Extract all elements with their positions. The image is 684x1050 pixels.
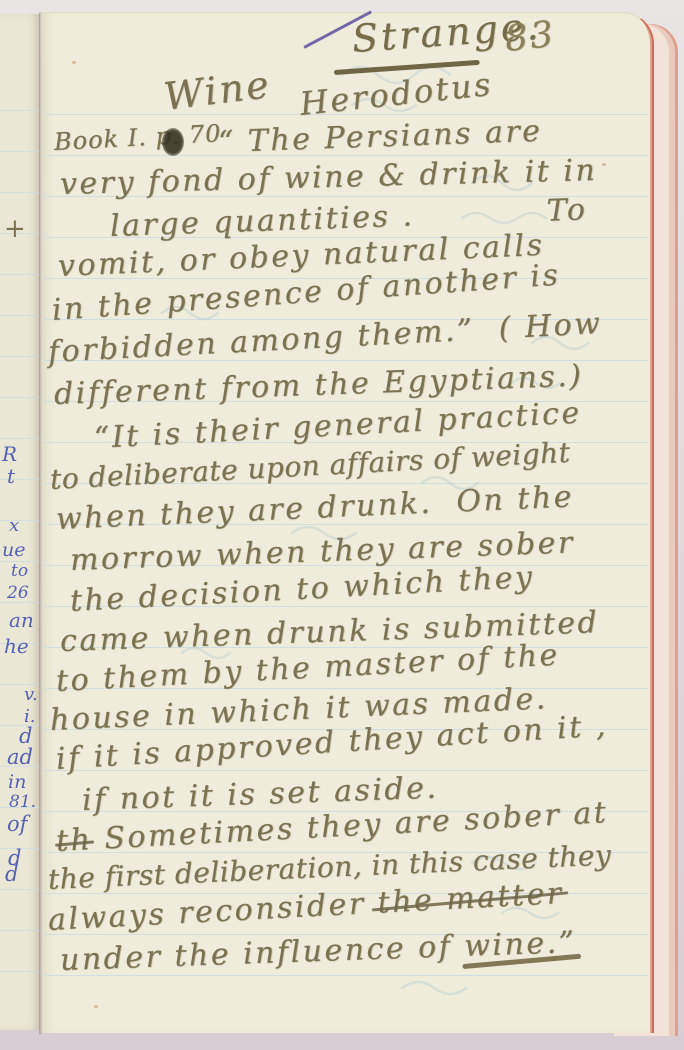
foxing-dot (72, 61, 76, 64)
margin-mark: + (4, 216, 26, 242)
margin-fragment: of (7, 814, 27, 835)
margin-fragment: d (19, 726, 32, 747)
margin-fragment: ad (7, 747, 33, 768)
margin-fragment: t (7, 466, 15, 486)
margin-fragment: v. (24, 686, 38, 704)
margin-fragment: 26 (7, 585, 29, 602)
margin-fragment: to (11, 563, 28, 580)
ink-blob (162, 128, 184, 156)
notebook-photo: + R t x ue to 26 an he v. i. d ad in 81.… (0, 0, 684, 1050)
margin-fragment: an (9, 610, 34, 630)
foxing-dot (94, 1005, 98, 1008)
margin-fragment: x (9, 517, 19, 535)
previous-page-edge: + R t x ue to 26 an he v. i. d ad in 81.… (0, 14, 40, 1030)
margin-fragment: ue (2, 541, 25, 560)
margin-fragment: R (2, 444, 17, 464)
margin-fragment: in (8, 773, 26, 792)
margin-fragment: he (4, 636, 29, 656)
page-number: 83 (503, 17, 557, 58)
margin-fragment: d (5, 864, 18, 885)
margin-fragment: 81. (9, 794, 36, 811)
foxing-dot (602, 163, 606, 166)
